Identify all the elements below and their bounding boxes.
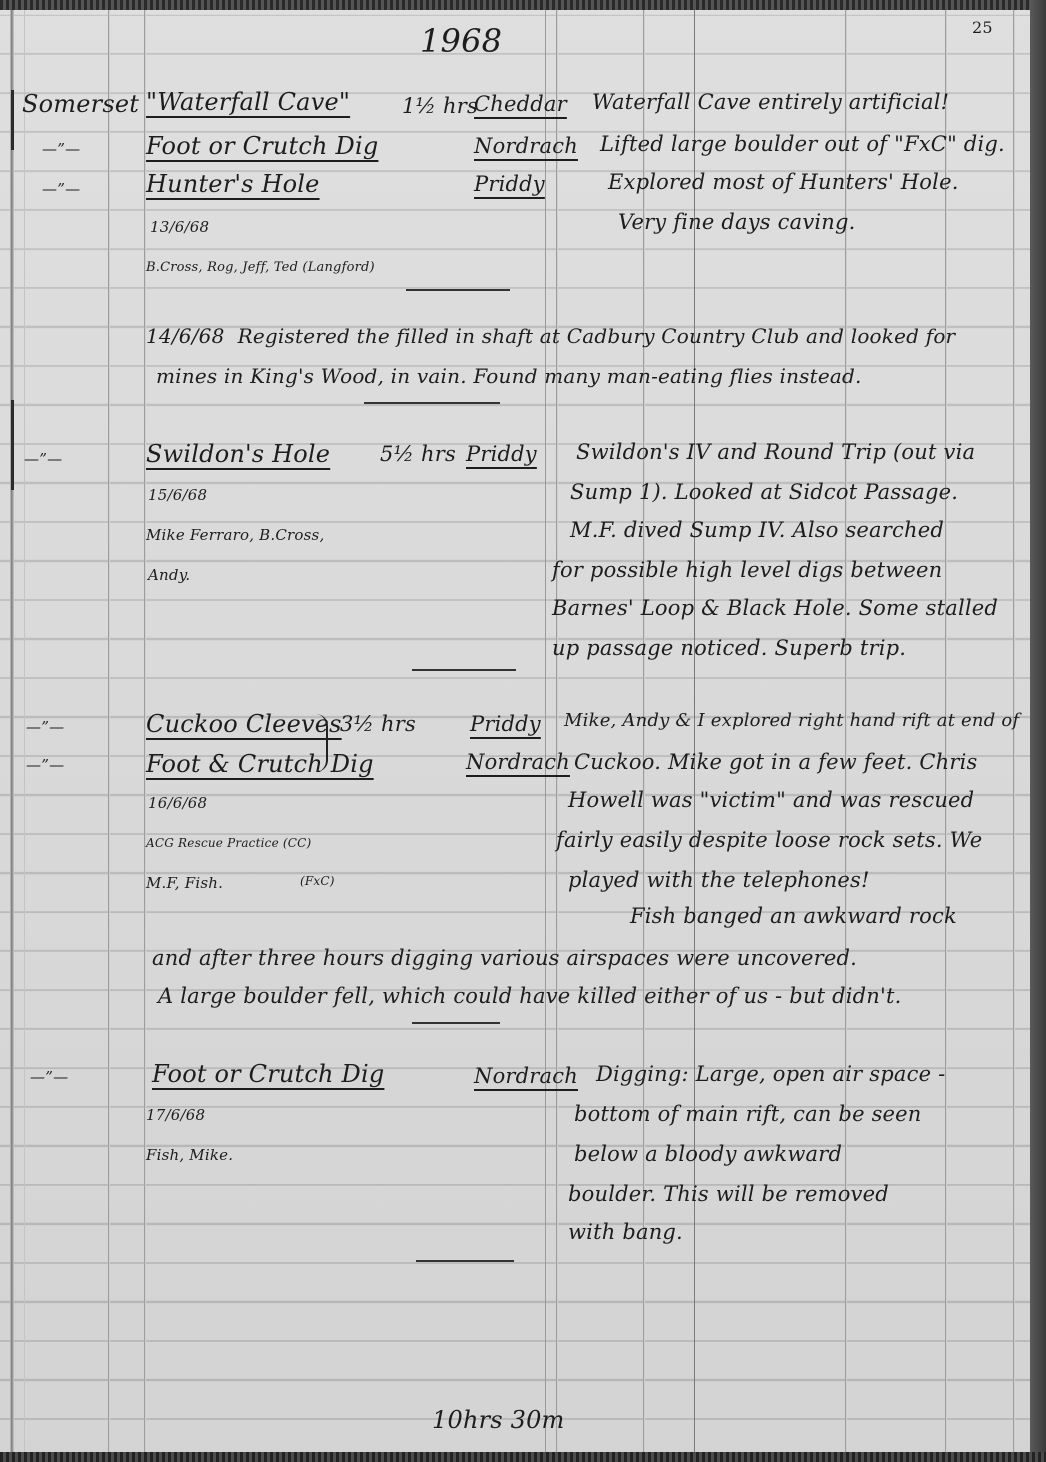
trip-note: M.F. dived Sump IV. Also searched [570, 518, 944, 542]
trip-note: Fish banged an awkward rock [630, 904, 957, 928]
trip-note: for possible high level digs between [552, 558, 942, 582]
trip-party: M.F, Fish. [146, 874, 223, 892]
trip-date: 13/6/68 [150, 218, 209, 236]
trip-note: mines in King's Wood, in vain. Found man… [156, 364, 862, 388]
trip-date: 17/6/68 [146, 1106, 205, 1124]
trip-note: up passage noticed. Superb trip. [552, 636, 906, 660]
trip-date: 15/6/68 [148, 486, 207, 504]
cave-name: Foot & Crutch Dig [146, 750, 374, 778]
trip-note: Very fine days caving. [618, 210, 856, 234]
total-caving-time: 10hrs 30m [432, 1406, 565, 1434]
binding-shadow [11, 400, 14, 490]
cave-name: Foot or Crutch Dig [146, 132, 378, 160]
ditto-mark: —”— [26, 718, 64, 736]
cave-location: Nordrach [474, 1064, 578, 1088]
trip-party: B.Cross, Rog, Jeff, Ted (Langford) [146, 260, 375, 275]
cave-location: Priddy [470, 712, 541, 736]
ditto-mark: —”— [26, 756, 64, 774]
trip-party: ACG Rescue Practice (CC) [146, 836, 311, 850]
page-number: 25 [972, 18, 993, 37]
trip-note: boulder. This will be removed [568, 1182, 889, 1206]
trip-note: Waterfall Cave entirely artificial! [592, 90, 949, 114]
trip-date: 14/6/68 [146, 324, 225, 348]
trip-note: Lifted large boulder out of "FxC" dig. [600, 132, 1005, 156]
trip-note: Mike, Andy & I explored right hand rift … [564, 710, 1019, 731]
entry-separator [416, 1260, 514, 1262]
trip-party: Andy. [148, 566, 190, 584]
trip-note: Explored most of Hunters' Hole. [608, 170, 959, 194]
cave-name: Swildon's Hole [146, 440, 330, 468]
book-right-edge [1030, 0, 1046, 1462]
region-label: Somerset [22, 90, 139, 118]
ditto-mark: —”— [24, 450, 62, 468]
trip-party: Mike Ferraro, B.Cross, [146, 526, 324, 544]
column-rule [1013, 10, 1015, 1452]
trip-note: 14/6/68 Registered the filled in shaft a… [146, 324, 955, 348]
column-rule [24, 10, 25, 1452]
entry-separator [412, 669, 516, 671]
trip-duration: 1½ hrs [402, 94, 478, 118]
trip-note: Barnes' Loop & Black Hole. Some stalled [552, 596, 998, 620]
trip-note: below a bloody awkward [574, 1142, 842, 1166]
cave-location: Priddy [466, 442, 537, 466]
logbook-page: 1968 25 Somerset "Waterfall Cave" Foot o… [0, 10, 1032, 1452]
trip-party: (FxC) [300, 874, 335, 888]
cave-name: Cuckoo Cleeves [146, 710, 342, 738]
underline-mark [364, 402, 500, 404]
trip-note: Sump 1). Looked at Sidcot Passage. [570, 480, 958, 504]
ditto-mark: —”— [30, 1068, 68, 1086]
column-rule [556, 10, 558, 1452]
ditto-mark: —”— [42, 180, 80, 198]
cave-name: "Waterfall Cave" [146, 88, 350, 116]
trip-duration: 3½ hrs [340, 712, 416, 736]
trip-party: Fish, Mike. [146, 1146, 233, 1164]
trip-duration: 5½ hrs [380, 442, 456, 466]
column-rule [545, 10, 546, 1452]
binding-shadow [11, 90, 14, 150]
trip-note: Digging: Large, open air space - [596, 1062, 945, 1086]
trip-date: 16/6/68 [148, 794, 207, 812]
book-bottom-edge [0, 1452, 1046, 1462]
trip-note: Swildon's IV and Round Trip (out via [576, 440, 975, 464]
column-rule [945, 10, 947, 1452]
grouping-brace [316, 714, 328, 772]
cave-location: Cheddar [474, 92, 567, 116]
cave-location: Nordrach [466, 750, 570, 774]
trip-note: Howell was "victim" and was rescued [568, 788, 974, 812]
trip-note: fairly easily despite loose rock sets. W… [556, 828, 982, 852]
entry-separator [406, 289, 510, 291]
cave-location: Nordrach [474, 134, 578, 158]
ditto-mark: —”— [42, 140, 80, 158]
trip-note: and after three hours digging various ai… [152, 946, 857, 970]
trip-note: with bang. [568, 1220, 683, 1244]
underline-mark [412, 1022, 500, 1024]
binding-line [10, 10, 14, 1452]
trip-note: Cuckoo. Mike got in a few feet. Chris [574, 750, 978, 774]
trip-note: bottom of main rift, can be seen [574, 1102, 922, 1126]
column-rule [108, 10, 110, 1452]
cave-name: Hunter's Hole [146, 170, 320, 198]
cave-location: Priddy [474, 172, 545, 196]
trip-note: played with the telephones! [568, 868, 870, 892]
cave-name: Foot or Crutch Dig [152, 1060, 384, 1088]
trip-note: A large boulder fell, which could have k… [158, 984, 902, 1008]
page-year: 1968 [420, 22, 502, 60]
